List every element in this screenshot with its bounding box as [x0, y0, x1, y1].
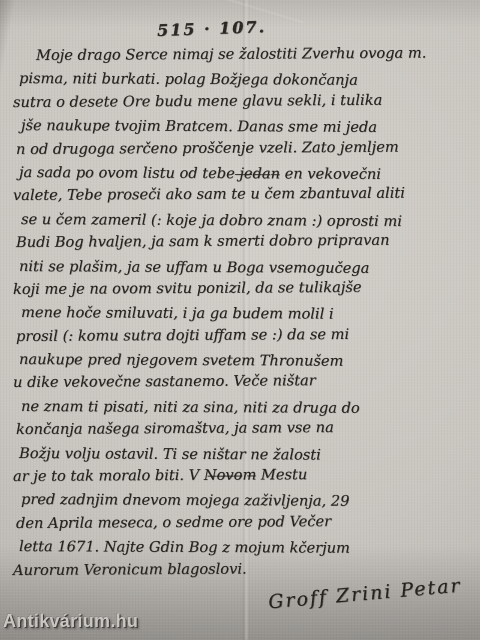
letter-body: Moje drago Serce nimaj se žalostiti Zver…	[10, 44, 476, 582]
handwritten-line: sutra o desete Ore budu mene glavu sekli…	[13, 88, 476, 114]
handwritten-line: končanja našega siromaštva, ja sam vse n…	[16, 415, 476, 441]
handwritten-line: ar je to tak moralo biti. V N̶o̶v̶o̶m̶ M…	[13, 462, 476, 488]
handwritten-line: n od drugoga serčeno proščenje vzeli. Za…	[16, 135, 476, 161]
handwritten-line: Budi Bog hvaljen, ja sam k smerti dobro …	[16, 228, 476, 254]
handwritten-line: Moje drago Serce nimaj se žalostiti Zver…	[36, 41, 476, 67]
handwritten-line: koji me je na ovom svitu ponizil, da se …	[13, 275, 476, 301]
letter-photograph: 515 · 107. Moje drago Serce nimaj se žal…	[0, 0, 480, 640]
handwritten-line: valete, Tebe proseči ako sam te u čem zb…	[13, 182, 476, 208]
antikvarium-watermark: Antikvárium.hu	[3, 611, 138, 632]
archive-number: 515 · 107.	[157, 17, 267, 40]
handwritten-line: prosil (: komu sutra dojti uffam se :) d…	[16, 322, 476, 348]
handwritten-line: Aurorum Veronicum blagoslovi.	[13, 556, 476, 582]
handwritten-line: den Aprila meseca, o sedme ore pod Večer	[16, 509, 476, 535]
handwritten-line: u dike vekovečne sastanemo. Veče ništar	[13, 369, 476, 395]
